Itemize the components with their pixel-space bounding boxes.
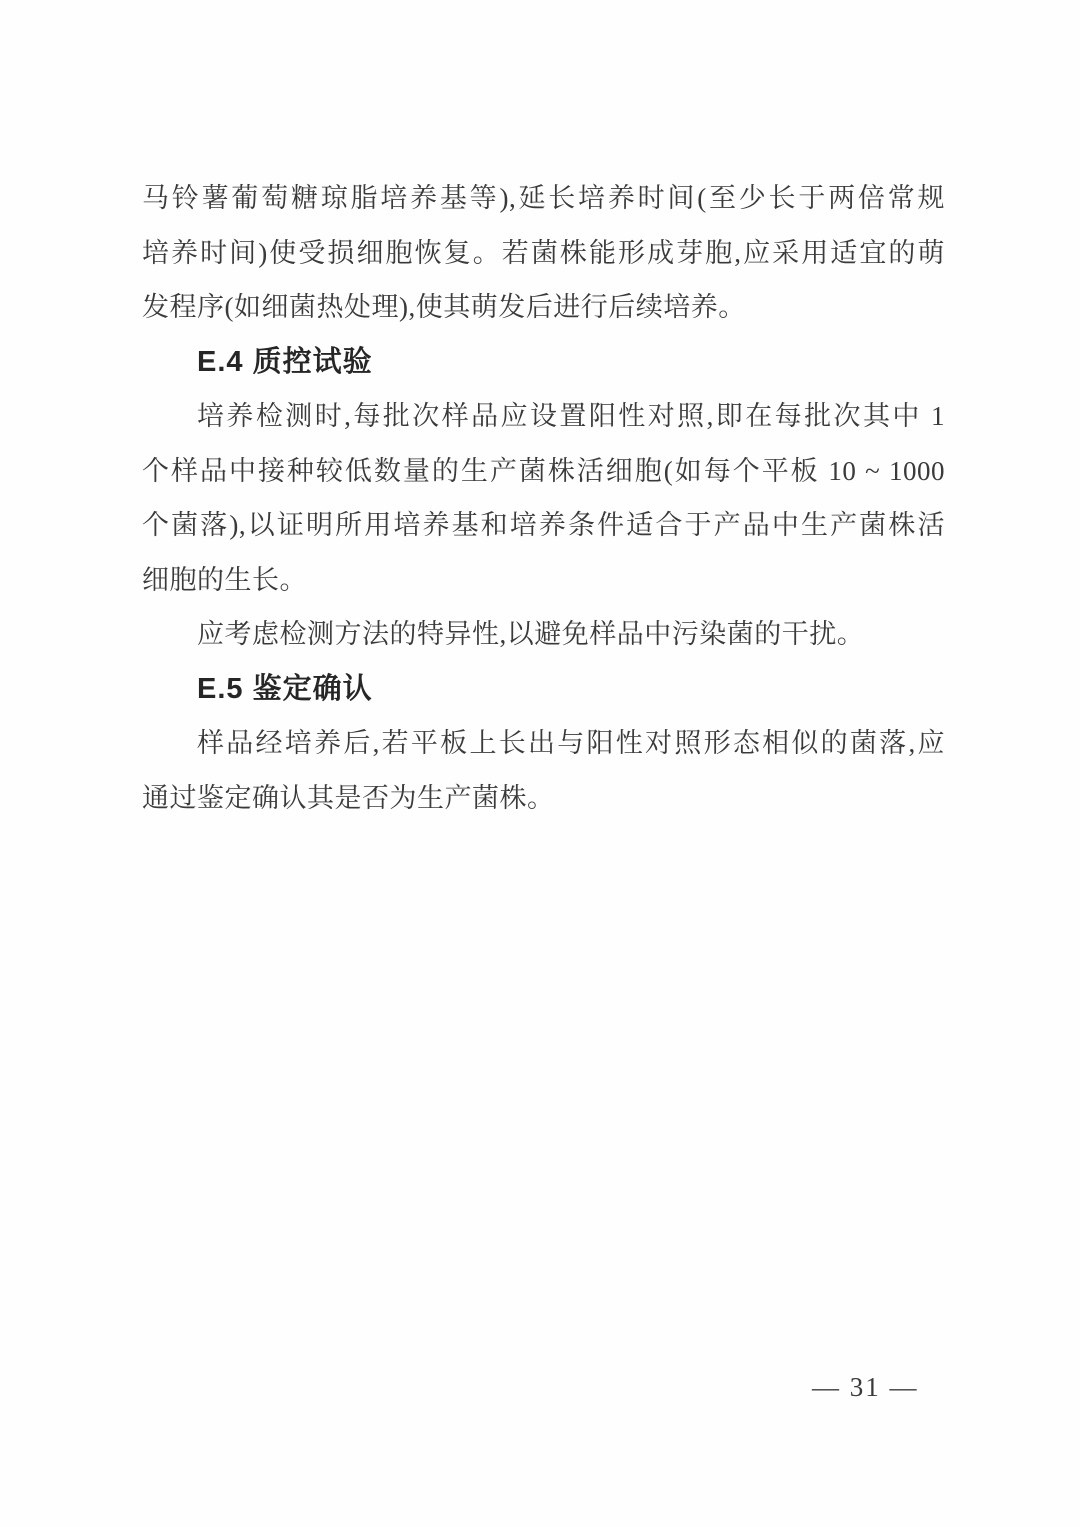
section-heading-e5: E.5 鉴定确认 [142, 662, 945, 717]
document-body: 马铃薯葡萄糖琼脂培养基等),延长培养时间(至少长于两倍常规 培养时间)使受损细胞… [142, 171, 945, 825]
text-line: 培养检测时,每批次样品应设置阳性对照,即在每批次其中 1 [142, 389, 945, 444]
text-line: 样品经培养后,若平板上长出与阳性对照形态相似的菌落,应 [142, 716, 945, 771]
page-number: — 31 — [812, 1372, 919, 1403]
section-heading-e4: E.4 质控试验 [142, 335, 945, 390]
document-page: 马铃薯葡萄糖琼脂培养基等),延长培养时间(至少长于两倍常规 培养时间)使受损细胞… [0, 0, 1080, 1527]
text-line: 细胞的生长。 [142, 553, 945, 608]
text-line: 马铃薯葡萄糖琼脂培养基等),延长培养时间(至少长于两倍常规 [142, 171, 945, 226]
text-line: 个菌落),以证明所用培养基和培养条件适合于产品中生产菌株活 [142, 498, 945, 553]
text-line: 培养时间)使受损细胞恢复。若菌株能形成芽胞,应采用适宜的萌 [142, 226, 945, 281]
text-line: 发程序(如细菌热处理),使其萌发后进行后续培养。 [142, 280, 945, 335]
text-line: 通过鉴定确认其是否为生产菌株。 [142, 771, 945, 826]
text-line: 个样品中接种较低数量的生产菌株活细胞(如每个平板 10 ~ 1000 [142, 444, 945, 499]
text-line: 应考虑检测方法的特异性,以避免样品中污染菌的干扰。 [142, 607, 945, 662]
